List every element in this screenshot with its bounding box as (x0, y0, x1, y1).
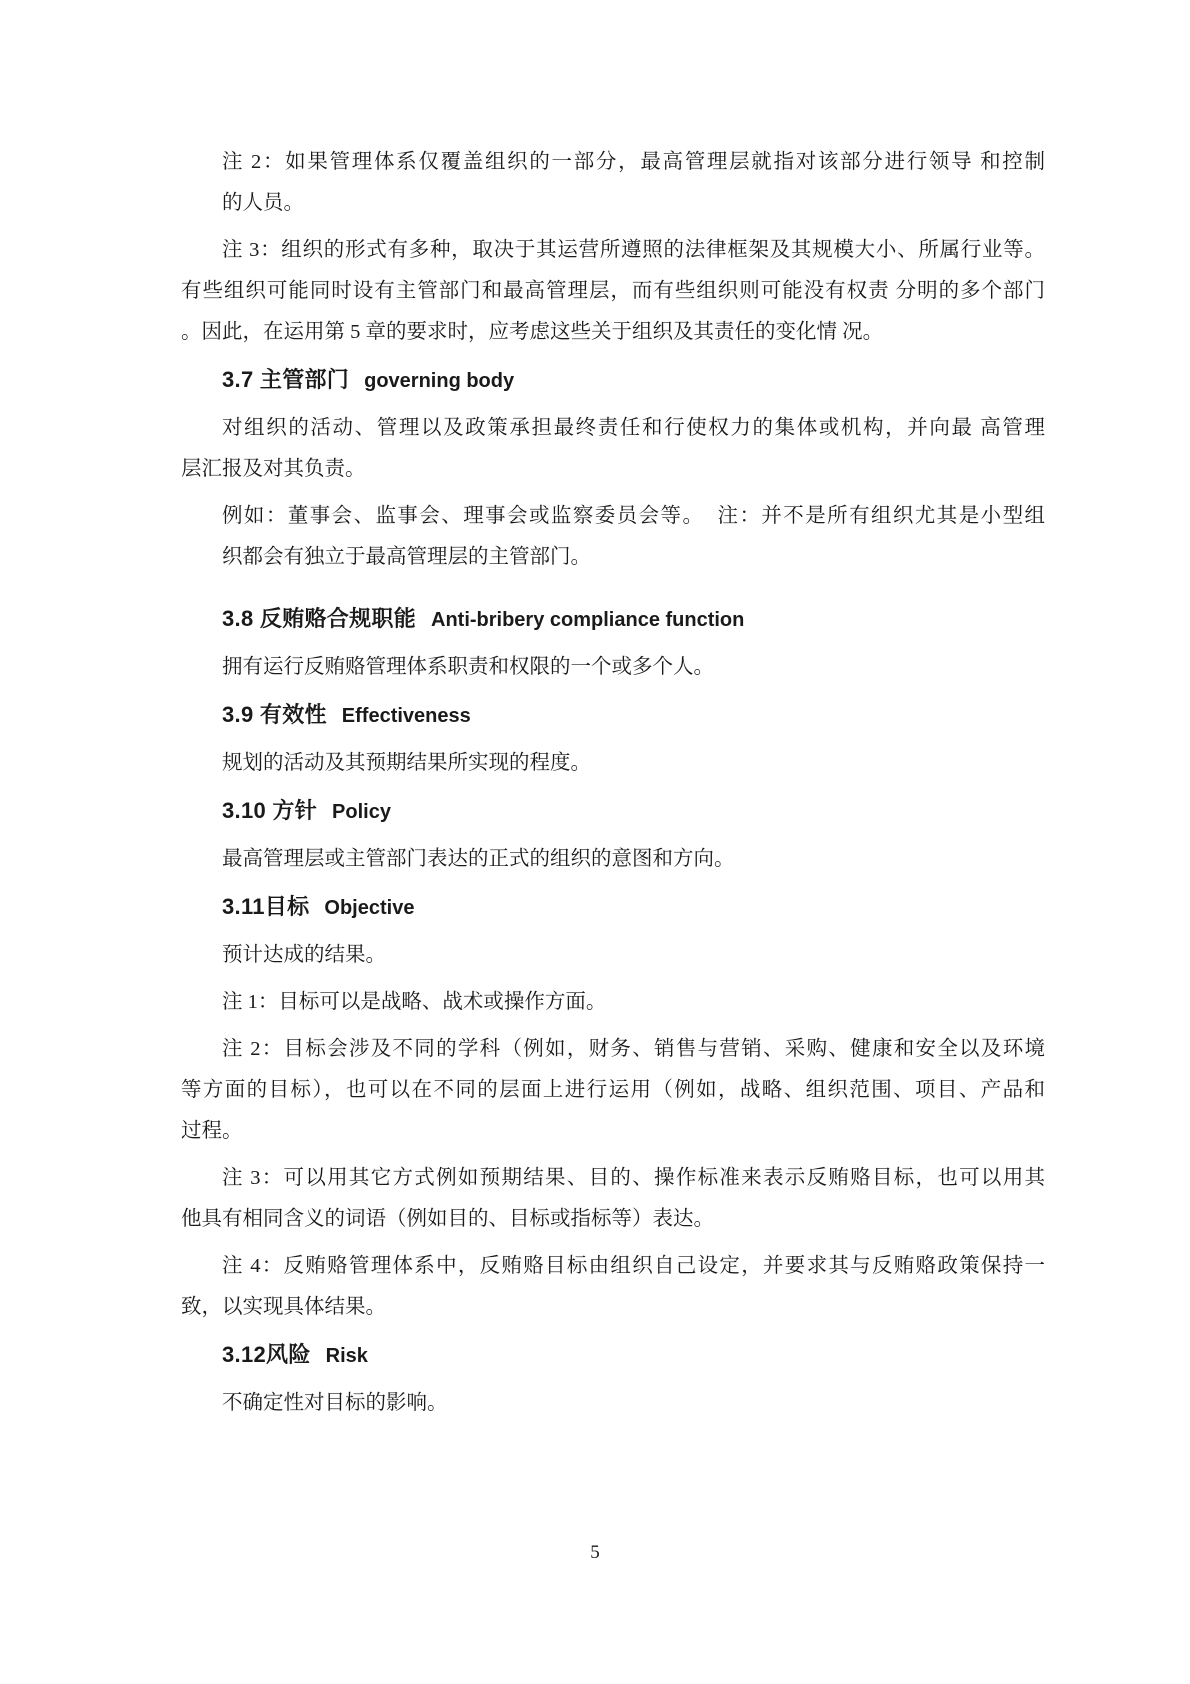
heading-zh: 3.10 方针 (222, 798, 317, 823)
paragraph: 拥有运行反贿赂管理体系职责和权限的一个或多个人。 (181, 647, 1045, 688)
text-line: 拥有运行反贿赂管理体系职责和权限的一个或多个人。 (181, 647, 1045, 688)
section-heading: 3.12风险Risk (181, 1334, 1045, 1377)
paragraph: 预计达成的结果。 (181, 935, 1045, 976)
heading-en: Risk (326, 1345, 368, 1367)
paragraph: 最高管理层或主管部门表达的正式的组织的意图和方向。 (181, 839, 1045, 880)
paragraph: 注 4：反贿赂管理体系中，反贿赂目标由组织自己设定，并要求其与反贿赂政策保持一致… (181, 1246, 1045, 1328)
text-line: 对组织的活动、管理以及政策承担最终责任和行使权力的集体或机构，并向最 高管理 (181, 408, 1045, 449)
heading-en: governing body (364, 370, 514, 392)
heading-line: 3.10 方针Policy (181, 790, 1045, 833)
paragraph: 注 3：可以用其它方式例如预期结果、目的、操作标准来表示反贿赂目标，也可以用其他… (181, 1158, 1045, 1240)
section-heading: 3.7 主管部门governing body (181, 359, 1045, 402)
heading-line: 3.7 主管部门governing body (181, 359, 1045, 402)
text-line: 致，以实现具体结果。 (181, 1287, 1045, 1328)
text-line: 。因此，在运用第 5 章的要求时，应考虑这些关于组织及其责任的变化情 况。 (181, 312, 1045, 353)
text-line: 注 4：反贿赂管理体系中，反贿赂目标由组织自己设定，并要求其与反贿赂政策保持一 (181, 1246, 1045, 1287)
heading-zh: 3.7 主管部门 (222, 367, 349, 392)
paragraph: 注 2：目标会涉及不同的学科（例如，财务、销售与营销、采购、健康和安全以及环境等… (181, 1029, 1045, 1152)
section-heading: 3.9 有效性Effectiveness (181, 694, 1045, 737)
heading-line: 3.12风险Risk (181, 1334, 1045, 1377)
text-line: 注 3：可以用其它方式例如预期结果、目的、操作标准来表示反贿赂目标，也可以用其 (181, 1158, 1045, 1199)
paragraph: 注 3：组织的形式有多种，取决于其运营所遵照的法律框架及其规模大小、所属行业等。… (181, 230, 1045, 353)
heading-zh: 3.12风险 (222, 1342, 311, 1367)
text-line: 注 3：组织的形式有多种，取决于其运营所遵照的法律框架及其规模大小、所属行业等。 (181, 230, 1045, 271)
paragraph: 规划的活动及其预期结果所实现的程度。 (181, 743, 1045, 784)
heading-line: 3.8 反贿赂合规职能Anti-bribery compliance funct… (181, 598, 1045, 641)
heading-line: 3.11目标Objective (181, 886, 1045, 929)
heading-en: Anti-bribery compliance function (431, 609, 744, 631)
section-heading: 3.11目标Objective (181, 886, 1045, 929)
heading-en: Effectiveness (342, 705, 471, 727)
paragraph: 例如：董事会、监事会、理事会或监察委员会等。 注：并不是所有组织尤其是小型组织都… (181, 496, 1045, 578)
text-line: 规划的活动及其预期结果所实现的程度。 (181, 743, 1045, 784)
text-line: 有些组织可能同时设有主管部门和最高管理层，而有些组织则可能没有权责 分明的多个部… (181, 271, 1045, 312)
heading-zh: 3.11目标 (222, 894, 309, 919)
heading-en: Policy (332, 801, 391, 823)
heading-en: Objective (324, 897, 414, 919)
text-line: 注 2：目标会涉及不同的学科（例如，财务、销售与营销、采购、健康和安全以及环境 (181, 1029, 1045, 1070)
paragraph: 对组织的活动、管理以及政策承担最终责任和行使权力的集体或机构，并向最 高管理层汇… (181, 408, 1045, 490)
text-line: 例如：董事会、监事会、理事会或监察委员会等。 注：并不是所有组织尤其是小型组 (181, 496, 1045, 537)
text-line: 不确定性对目标的影响。 (181, 1383, 1045, 1424)
text-line: 注 2：如果管理体系仅覆盖组织的一部分，最高管理层就指对该部分进行领导 和控制 (181, 142, 1045, 183)
heading-line: 3.9 有效性Effectiveness (181, 694, 1045, 737)
document-page: 注 2：如果管理体系仅覆盖组织的一部分，最高管理层就指对该部分进行领导 和控制的… (0, 0, 1190, 1684)
text-line: 注 1：目标可以是战略、战术或操作方面。 (181, 982, 1045, 1023)
heading-zh: 3.9 有效性 (222, 702, 327, 727)
text-line: 等方面的目标），也可以在不同的层面上进行运用（例如，战略、组织范围、项目、产品和 (181, 1070, 1045, 1111)
section-heading: 3.10 方针Policy (181, 790, 1045, 833)
text-line: 他具有相同含义的词语（例如目的、目标或指标等）表达。 (181, 1199, 1045, 1240)
page-content: 注 2：如果管理体系仅覆盖组织的一部分，最高管理层就指对该部分进行领导 和控制的… (181, 142, 1045, 1430)
paragraph: 注 2：如果管理体系仅覆盖组织的一部分，最高管理层就指对该部分进行领导 和控制的… (181, 142, 1045, 224)
text-line: 最高管理层或主管部门表达的正式的组织的意图和方向。 (181, 839, 1045, 880)
text-line: 的人员。 (181, 183, 1045, 224)
paragraph: 注 1：目标可以是战略、战术或操作方面。 (181, 982, 1045, 1023)
text-line: 层汇报及对其负责。 (181, 449, 1045, 490)
paragraph: 不确定性对目标的影响。 (181, 1383, 1045, 1424)
section-heading: 3.8 反贿赂合规职能Anti-bribery compliance funct… (181, 598, 1045, 641)
page-number: 5 (0, 1540, 1190, 1565)
heading-zh: 3.8 反贿赂合规职能 (222, 606, 416, 631)
text-line: 织都会有独立于最高管理层的主管部门。 (181, 537, 1045, 578)
text-line: 预计达成的结果。 (181, 935, 1045, 976)
text-line: 过程。 (181, 1111, 1045, 1152)
